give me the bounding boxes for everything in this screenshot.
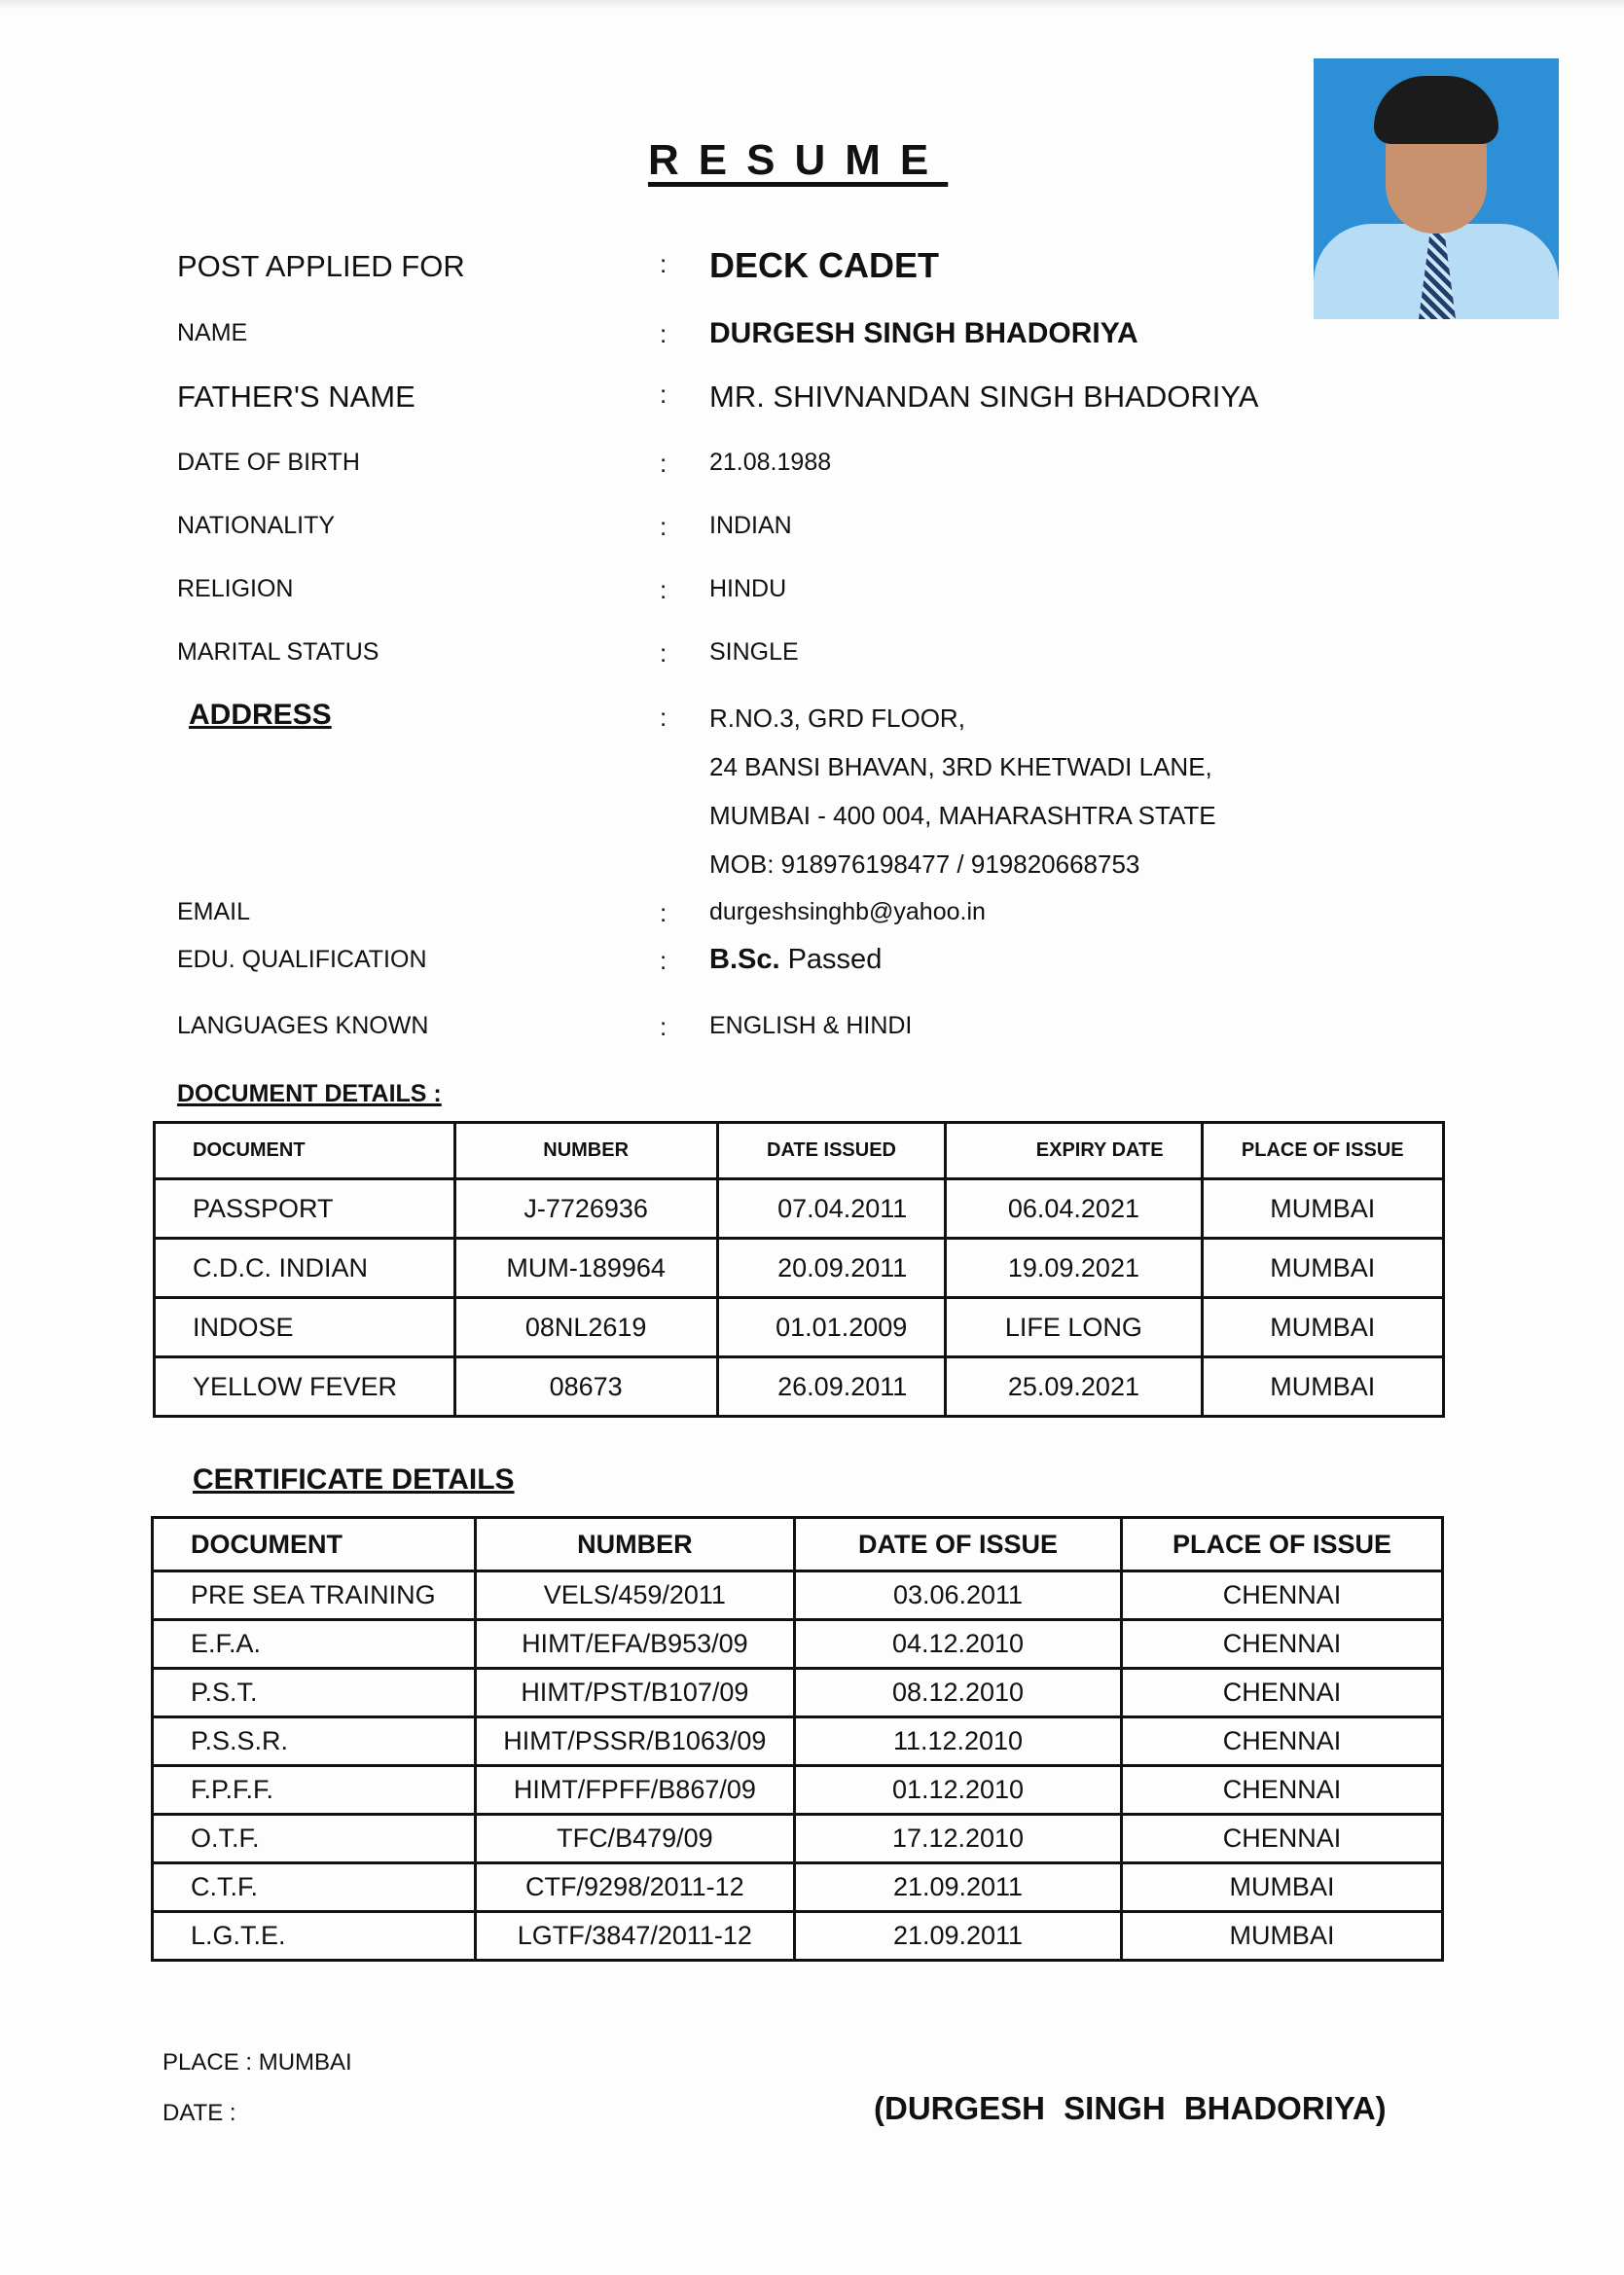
field-label: MARITAL STATUS — [177, 638, 379, 667]
field-colon: : — [660, 449, 667, 479]
field-colon: : — [660, 703, 667, 733]
column-header: PLACE OF ISSUE — [1202, 1123, 1443, 1179]
field-value: DURGESH SINGH BHADORIYA — [709, 317, 1138, 350]
degree: B.Sc. — [709, 944, 780, 975]
field-colon: : — [660, 575, 667, 605]
field-value: B.Sc. Passed — [709, 944, 882, 976]
field-value: 21.08.1988 — [709, 449, 831, 477]
table-cell: LGTF/3847/2011-12 — [475, 1912, 794, 1961]
table-row: C.T.F.CTF/9298/2011-1221.09.2011MUMBAI — [153, 1863, 1443, 1912]
date-line: DATE : — [162, 2100, 236, 2127]
field-colon: : — [660, 319, 667, 349]
field-colon: : — [660, 379, 667, 410]
column-header: DOCUMENT — [155, 1123, 455, 1179]
table-cell: MUMBAI — [1121, 1912, 1442, 1961]
table-row: PASSPORTJ-772693607.04.201106.04.2021MUM… — [155, 1179, 1444, 1239]
column-header: NUMBER — [475, 1518, 794, 1571]
table-cell: 20.09.2011 — [717, 1239, 946, 1298]
table-cell: 21.09.2011 — [795, 1863, 1122, 1912]
table-cell: 21.09.2011 — [795, 1912, 1122, 1961]
table-cell: 07.04.2011 — [717, 1179, 946, 1239]
table-cell: O.T.F. — [153, 1815, 476, 1863]
field-value: DECK CADET — [709, 245, 939, 286]
table-cell: E.F.A. — [153, 1620, 476, 1669]
table-cell: J-7726936 — [454, 1179, 717, 1239]
table-cell: HIMT/FPFF/B867/09 — [475, 1766, 794, 1815]
field-colon: : — [660, 638, 667, 668]
table-cell: 03.06.2011 — [795, 1571, 1122, 1620]
table-cell: 25.09.2021 — [946, 1357, 1202, 1417]
table-cell: PASSPORT — [155, 1179, 455, 1239]
table-header-row: DOCUMENTNUMBERDATE OF ISSUEPLACE OF ISSU… — [153, 1518, 1443, 1571]
page-title: RESUME — [648, 136, 948, 185]
field-label: ADDRESS — [189, 699, 332, 732]
table-cell: 06.04.2021 — [946, 1179, 1202, 1239]
table-cell: L.G.T.E. — [153, 1912, 476, 1961]
table-cell: C.D.C. INDIAN — [155, 1239, 455, 1298]
field-label: DATE OF BIRTH — [177, 449, 360, 477]
field-colon: : — [660, 512, 667, 542]
table-row: C.D.C. INDIANMUM-18996420.09.201119.09.2… — [155, 1239, 1444, 1298]
table-cell: TFC/B479/09 — [475, 1815, 794, 1863]
table-cell: 11.12.2010 — [795, 1717, 1122, 1766]
certificate-details-heading: CERTIFICATE DETAILS — [193, 1463, 515, 1497]
field-label: RELIGION — [177, 575, 293, 603]
table-cell: 08673 — [454, 1357, 717, 1417]
field-label: EMAIL — [177, 898, 250, 926]
table-cell: HIMT/EFA/B953/09 — [475, 1620, 794, 1669]
photo-hair — [1374, 76, 1498, 144]
table-cell: P.S.T. — [153, 1669, 476, 1717]
table-cell: F.P.F.F. — [153, 1766, 476, 1815]
table-cell: MUMBAI — [1202, 1239, 1443, 1298]
table-cell: CHENNAI — [1121, 1766, 1442, 1815]
certificate-details-table: DOCUMENTNUMBERDATE OF ISSUEPLACE OF ISSU… — [151, 1516, 1444, 1962]
field-colon: : — [660, 1012, 667, 1042]
table-cell: PRE SEA TRAINING — [153, 1571, 476, 1620]
field-value: HINDU — [709, 575, 786, 603]
table-cell: 01.01.2009 — [717, 1298, 946, 1357]
field-value: MR. SHIVNANDAN SINGH BHADORIYA — [709, 379, 1258, 415]
address-line: R.NO.3, GRD FLOOR, — [709, 704, 965, 734]
table-row: PRE SEA TRAININGVELS/459/201103.06.2011C… — [153, 1571, 1443, 1620]
field-label: POST APPLIED FOR — [177, 249, 465, 284]
field-label: FATHER'S NAME — [177, 379, 415, 415]
table-cell: LIFE LONG — [946, 1298, 1202, 1357]
table-cell: HIMT/PST/B107/09 — [475, 1669, 794, 1717]
address-line: MUMBAI - 400 004, MAHARASHTRA STATE — [709, 801, 1216, 831]
field-label: NAME — [177, 319, 247, 347]
column-header: DOCUMENT — [153, 1518, 476, 1571]
table-cell: 01.12.2010 — [795, 1766, 1122, 1815]
field-colon: : — [660, 249, 667, 279]
table-cell: VELS/459/2011 — [475, 1571, 794, 1620]
table-cell: CHENNAI — [1121, 1571, 1442, 1620]
address-phone: MOB: 918976198477 / 919820668753 — [709, 849, 1139, 880]
document-details-heading: DOCUMENT DETAILS : — [177, 1080, 442, 1108]
column-header: EXPIRY DATE — [946, 1123, 1202, 1179]
degree-status: Passed — [780, 944, 883, 975]
table-row: L.G.T.E.LGTF/3847/2011-1221.09.2011MUMBA… — [153, 1912, 1443, 1961]
address-line: 24 BANSI BHAVAN, 3RD KHETWADI LANE, — [709, 752, 1212, 782]
signature: (DURGESH SINGH BHADORIYA) — [874, 2090, 1387, 2127]
table-cell: CTF/9298/2011-12 — [475, 1863, 794, 1912]
scan-edge — [0, 0, 1624, 10]
field-value: INDIAN — [709, 512, 792, 540]
table-cell: 19.09.2021 — [946, 1239, 1202, 1298]
table-cell: 26.09.2011 — [717, 1357, 946, 1417]
table-cell: 08.12.2010 — [795, 1669, 1122, 1717]
column-header: DATE ISSUED — [717, 1123, 946, 1179]
field-label: EDU. QUALIFICATION — [177, 946, 427, 974]
column-header: PLACE OF ISSUE — [1121, 1518, 1442, 1571]
table-cell: MUMBAI — [1121, 1863, 1442, 1912]
place-line: PLACE : MUMBAI — [162, 2049, 352, 2076]
table-header-row: DOCUMENTNUMBERDATE ISSUEDEXPIRY DATEPLAC… — [155, 1123, 1444, 1179]
field-colon: : — [660, 946, 667, 976]
document-details-table: DOCUMENTNUMBERDATE ISSUEDEXPIRY DATEPLAC… — [153, 1121, 1445, 1418]
table-row: YELLOW FEVER0867326.09.201125.09.2021MUM… — [155, 1357, 1444, 1417]
column-header: DATE OF ISSUE — [795, 1518, 1122, 1571]
table-cell: CHENNAI — [1121, 1815, 1442, 1863]
table-row: F.P.F.F.HIMT/FPFF/B867/0901.12.2010CHENN… — [153, 1766, 1443, 1815]
table-cell: CHENNAI — [1121, 1717, 1442, 1766]
table-cell: YELLOW FEVER — [155, 1357, 455, 1417]
table-cell: 17.12.2010 — [795, 1815, 1122, 1863]
column-header: NUMBER — [454, 1123, 717, 1179]
field-label: NATIONALITY — [177, 512, 335, 540]
profile-photo — [1314, 58, 1559, 319]
table-row: P.S.T.HIMT/PST/B107/0908.12.2010CHENNAI — [153, 1669, 1443, 1717]
table-row: E.F.A.HIMT/EFA/B953/0904.12.2010CHENNAI — [153, 1620, 1443, 1669]
table-cell: HIMT/PSSR/B1063/09 — [475, 1717, 794, 1766]
table-cell: 08NL2619 — [454, 1298, 717, 1357]
table-row: O.T.F.TFC/B479/0917.12.2010CHENNAI — [153, 1815, 1443, 1863]
field-colon: : — [660, 898, 667, 928]
table-cell: MUMBAI — [1202, 1357, 1443, 1417]
table-cell: MUMBAI — [1202, 1298, 1443, 1357]
table-cell: CHENNAI — [1121, 1669, 1442, 1717]
table-cell: MUM-189964 — [454, 1239, 717, 1298]
field-label: LANGUAGES KNOWN — [177, 1012, 428, 1040]
table-row: P.S.S.R.HIMT/PSSR/B1063/0911.12.2010CHEN… — [153, 1717, 1443, 1766]
table-cell: INDOSE — [155, 1298, 455, 1357]
field-value: ENGLISH & HINDI — [709, 1012, 912, 1040]
table-row: INDOSE08NL261901.01.2009LIFE LONGMUMBAI — [155, 1298, 1444, 1357]
field-value: SINGLE — [709, 638, 799, 667]
table-cell: MUMBAI — [1202, 1179, 1443, 1239]
table-cell: 04.12.2010 — [795, 1620, 1122, 1669]
email-link[interactable]: durgeshsinghb@yahoo.in — [709, 898, 986, 926]
table-cell: CHENNAI — [1121, 1620, 1442, 1669]
table-cell: C.T.F. — [153, 1863, 476, 1912]
table-cell: P.S.S.R. — [153, 1717, 476, 1766]
